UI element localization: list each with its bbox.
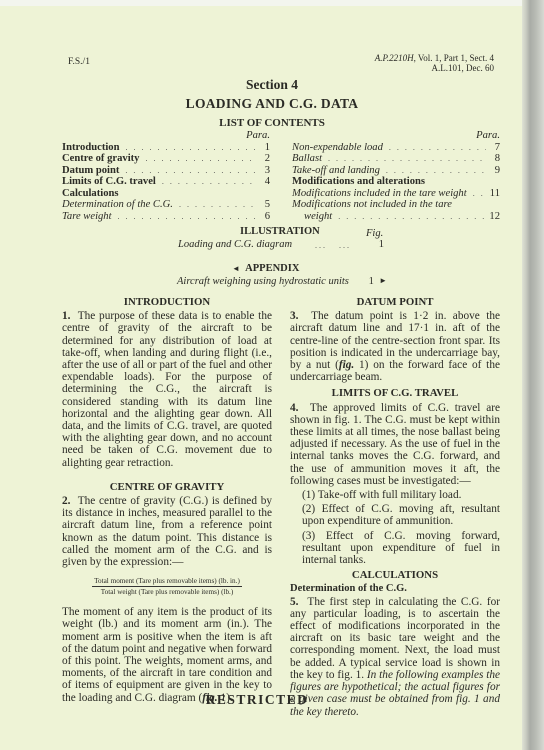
contents-entry[interactable]: Limits of C.G. travel. . . . . . . . . .… — [62, 176, 270, 188]
paragraph-number: 3. — [290, 310, 298, 322]
contents-entry-number: 2 — [256, 153, 270, 165]
paragraph-text: The approved limits of C.G. travel are s… — [290, 402, 500, 487]
leader-dots: . . . . . . . . . . . . . . . . . . . . … — [119, 165, 256, 177]
figure-number: 1 — [374, 239, 384, 250]
paragraph-number: 1. — [62, 310, 70, 322]
paragraph-1: 1. The purpose of these data is to enabl… — [62, 310, 272, 469]
datum-point-heading: DATUM POINT — [290, 296, 500, 308]
contents-entry-number: 3 — [256, 165, 270, 177]
centre-of-gravity-heading: CENTRE OF GRAVITY — [62, 481, 272, 493]
contents-entry-number: 12 — [486, 211, 500, 223]
security-classification: RESTRICTED — [0, 692, 514, 708]
case-item: (2) Effect of C.G. moving aft, resultant… — [290, 503, 500, 527]
contents-entry-number: 9 — [486, 165, 500, 177]
paragraph-number: 2. — [62, 495, 70, 507]
contents-entry-label: Datum point — [62, 165, 119, 177]
cases-list: (1) Take-off with full military load. (2… — [290, 489, 500, 566]
fig-column-label: Fig. — [366, 228, 383, 239]
amendment-list: A.L.101, Dec. 60 — [375, 63, 494, 73]
right-column: DATUM POINT 3. The datum point is 1·2 in… — [290, 296, 500, 718]
calculations-subheading: Determination of the C.G. — [290, 583, 500, 595]
contents-entry-label: Calculations — [62, 188, 119, 200]
contents-entry-label: Take-off and landing — [292, 165, 380, 177]
paragraph-2: 2. The centre of gravity (C.G.) is defin… — [62, 495, 272, 568]
paragraph-number: 5. — [290, 596, 298, 608]
contents-entry: Calculations — [62, 188, 270, 200]
paragraph-number: 4. — [290, 402, 298, 414]
paragraph-text: The centre of gravity (C.G.) is defined … — [62, 495, 272, 568]
appendix-number: 1 — [369, 276, 374, 287]
appendix-title: Aircraft weighing using hydrostatic unit… — [177, 276, 349, 287]
contents-entry-number: 8 — [486, 153, 500, 165]
leader-dots: ... ... — [292, 239, 374, 250]
contents-entry-label: Modifications included in the tare weigh… — [292, 188, 467, 200]
contents-entry-label: Introduction — [62, 142, 120, 154]
contents-entry-number: 6 — [256, 211, 270, 223]
contents-entry-label: Ballast — [292, 153, 322, 165]
contents-entry-number: 5 — [256, 199, 270, 211]
paragraph-2-continued: The moment of any item is the product of… — [62, 606, 272, 704]
formula-numerator: Total moment (Tare plus removable items)… — [92, 576, 242, 587]
contents-entry-label: Non-expendable load — [292, 142, 383, 154]
contents-heading: LIST OF CONTENTS — [0, 117, 544, 129]
leader-dots: . . . . . . . . . . . . . . . . . . . . … — [173, 199, 256, 211]
contents-entry[interactable]: weight. . . . . . . . . . . . . . . . . … — [292, 211, 500, 223]
calculations-heading: CALCULATIONS — [290, 569, 500, 581]
contents-entry: Modifications and alterations — [292, 176, 500, 188]
cg-formula: Total moment (Tare plus removable items)… — [62, 576, 272, 597]
publication-code: A.P.2210H — [375, 53, 414, 63]
form-code: F.S./1 — [68, 57, 90, 67]
amendment-marker-right-icon: ► — [379, 276, 387, 287]
contents-entry[interactable]: Datum point. . . . . . . . . . . . . . .… — [62, 165, 270, 177]
fig-reference: fig. — [339, 359, 354, 371]
contents-list-left: Para.Introduction. . . . . . . . . . . .… — [62, 130, 270, 222]
formula-denominator: Total weight (Tare plus removable items)… — [101, 588, 234, 596]
leader-dots: . . . . . . . . . . . . . . . . . . . . … — [120, 142, 257, 154]
paragraph-text: The purpose of these data is to enable t… — [62, 310, 272, 468]
contents-entry-label: Modifications not included in the tare — [292, 199, 452, 211]
contents-entry[interactable]: Centre of gravity. . . . . . . . . . . .… — [62, 153, 270, 165]
leader-dots: . . . . . . . . . . . . . . . . . . . . … — [332, 211, 486, 223]
volume-part-section: , Vol. 1, Part 1, Sect. 4 — [414, 53, 494, 63]
paragraph-3: 3. The datum point is 1·2 in. above the … — [290, 310, 500, 383]
leader-dots: . . . . . . . . . . . . . . . . . . . . … — [383, 142, 486, 154]
contents-entry[interactable]: Tare weight. . . . . . . . . . . . . . .… — [62, 211, 270, 223]
illustration-entry[interactable]: Loading and C.G. diagram ... ... 1 — [178, 239, 384, 250]
leader-dots: . . . . . . . . . . . . . . . . . . . . … — [139, 153, 256, 165]
contents-entry[interactable]: Non-expendable load. . . . . . . . . . .… — [292, 142, 500, 154]
leader-dots: . . . . . . . . . . . . . . . . . . . . … — [380, 165, 486, 177]
contents-entry-label: Centre of gravity — [62, 153, 139, 165]
leader-dots: . . . . . . . . . . . . . . . . . . . . … — [467, 188, 486, 200]
leader-dots: . . . . . . . . . . . . . . . . . . . . … — [156, 176, 256, 188]
contents-entry-label: Modifications and alterations — [292, 176, 425, 188]
contents-entry[interactable]: Take-off and landing. . . . . . . . . . … — [292, 165, 500, 177]
contents-entry-label: Tare weight — [62, 211, 112, 223]
contents-entry-label: Limits of C.G. travel — [62, 176, 156, 188]
page-title: LOADING AND C.G. DATA — [0, 96, 544, 112]
page-edge-shadow — [522, 0, 544, 750]
contents-entry-number: 11 — [486, 188, 500, 200]
paragraph-text: The moment of any item is the product of… — [62, 606, 272, 703]
contents-list-right: Para.Non-expendable load. . . . . . . . … — [292, 130, 500, 222]
contents-entry: Modifications not included in the tare — [292, 199, 500, 211]
left-column: INTRODUCTION 1. The purpose of these dat… — [62, 296, 272, 704]
paragraph-4: 4. The approved limits of C.G. travel ar… — [290, 402, 500, 487]
contents-entry-number: 1 — [256, 142, 270, 154]
leader-dots: . . . . . . . . . . . . . . . . . . . . … — [112, 211, 256, 223]
section-number: Section 4 — [0, 77, 544, 93]
limits-heading: LIMITS OF C.G. TRAVEL — [290, 387, 500, 399]
contents-entry[interactable]: Modifications included in the tare weigh… — [292, 188, 500, 200]
para-column-label: Para. — [292, 130, 500, 142]
contents-entry-label: weight — [292, 211, 332, 223]
illustration-heading: ILLUSTRATION — [240, 226, 320, 237]
illustration-title: Loading and C.G. diagram — [178, 239, 292, 250]
contents-entry-number: 7 — [486, 142, 500, 154]
contents-entry[interactable]: Ballast. . . . . . . . . . . . . . . . .… — [292, 153, 500, 165]
contents-entry[interactable]: Determination of the C.G.. . . . . . . .… — [62, 199, 270, 211]
document-reference: A.P.2210H, Vol. 1, Part 1, Sect. 4 A.L.1… — [375, 53, 494, 73]
contents-entry-label: Determination of the C.G. — [62, 199, 173, 211]
contents-entry[interactable]: Introduction. . . . . . . . . . . . . . … — [62, 142, 270, 154]
leader-dots: . . . . . . . . . . . . . . . . . . . . … — [322, 153, 486, 165]
appendix-heading: ◄ APPENDIX — [232, 263, 299, 274]
case-item: (1) Take-off with full military load. — [290, 489, 500, 501]
amendment-marker-left-icon: ◄ — [232, 264, 240, 273]
appendix-heading-text: APPENDIX — [245, 263, 299, 274]
appendix-entry[interactable]: Aircraft weighing using hydrostatic unit… — [177, 276, 387, 287]
contents-entry-number: 4 — [256, 176, 270, 188]
introduction-heading: INTRODUCTION — [62, 296, 272, 308]
para-column-label: Para. — [62, 130, 270, 142]
case-item: (3) Effect of C.G. moving forward, resul… — [290, 530, 500, 567]
